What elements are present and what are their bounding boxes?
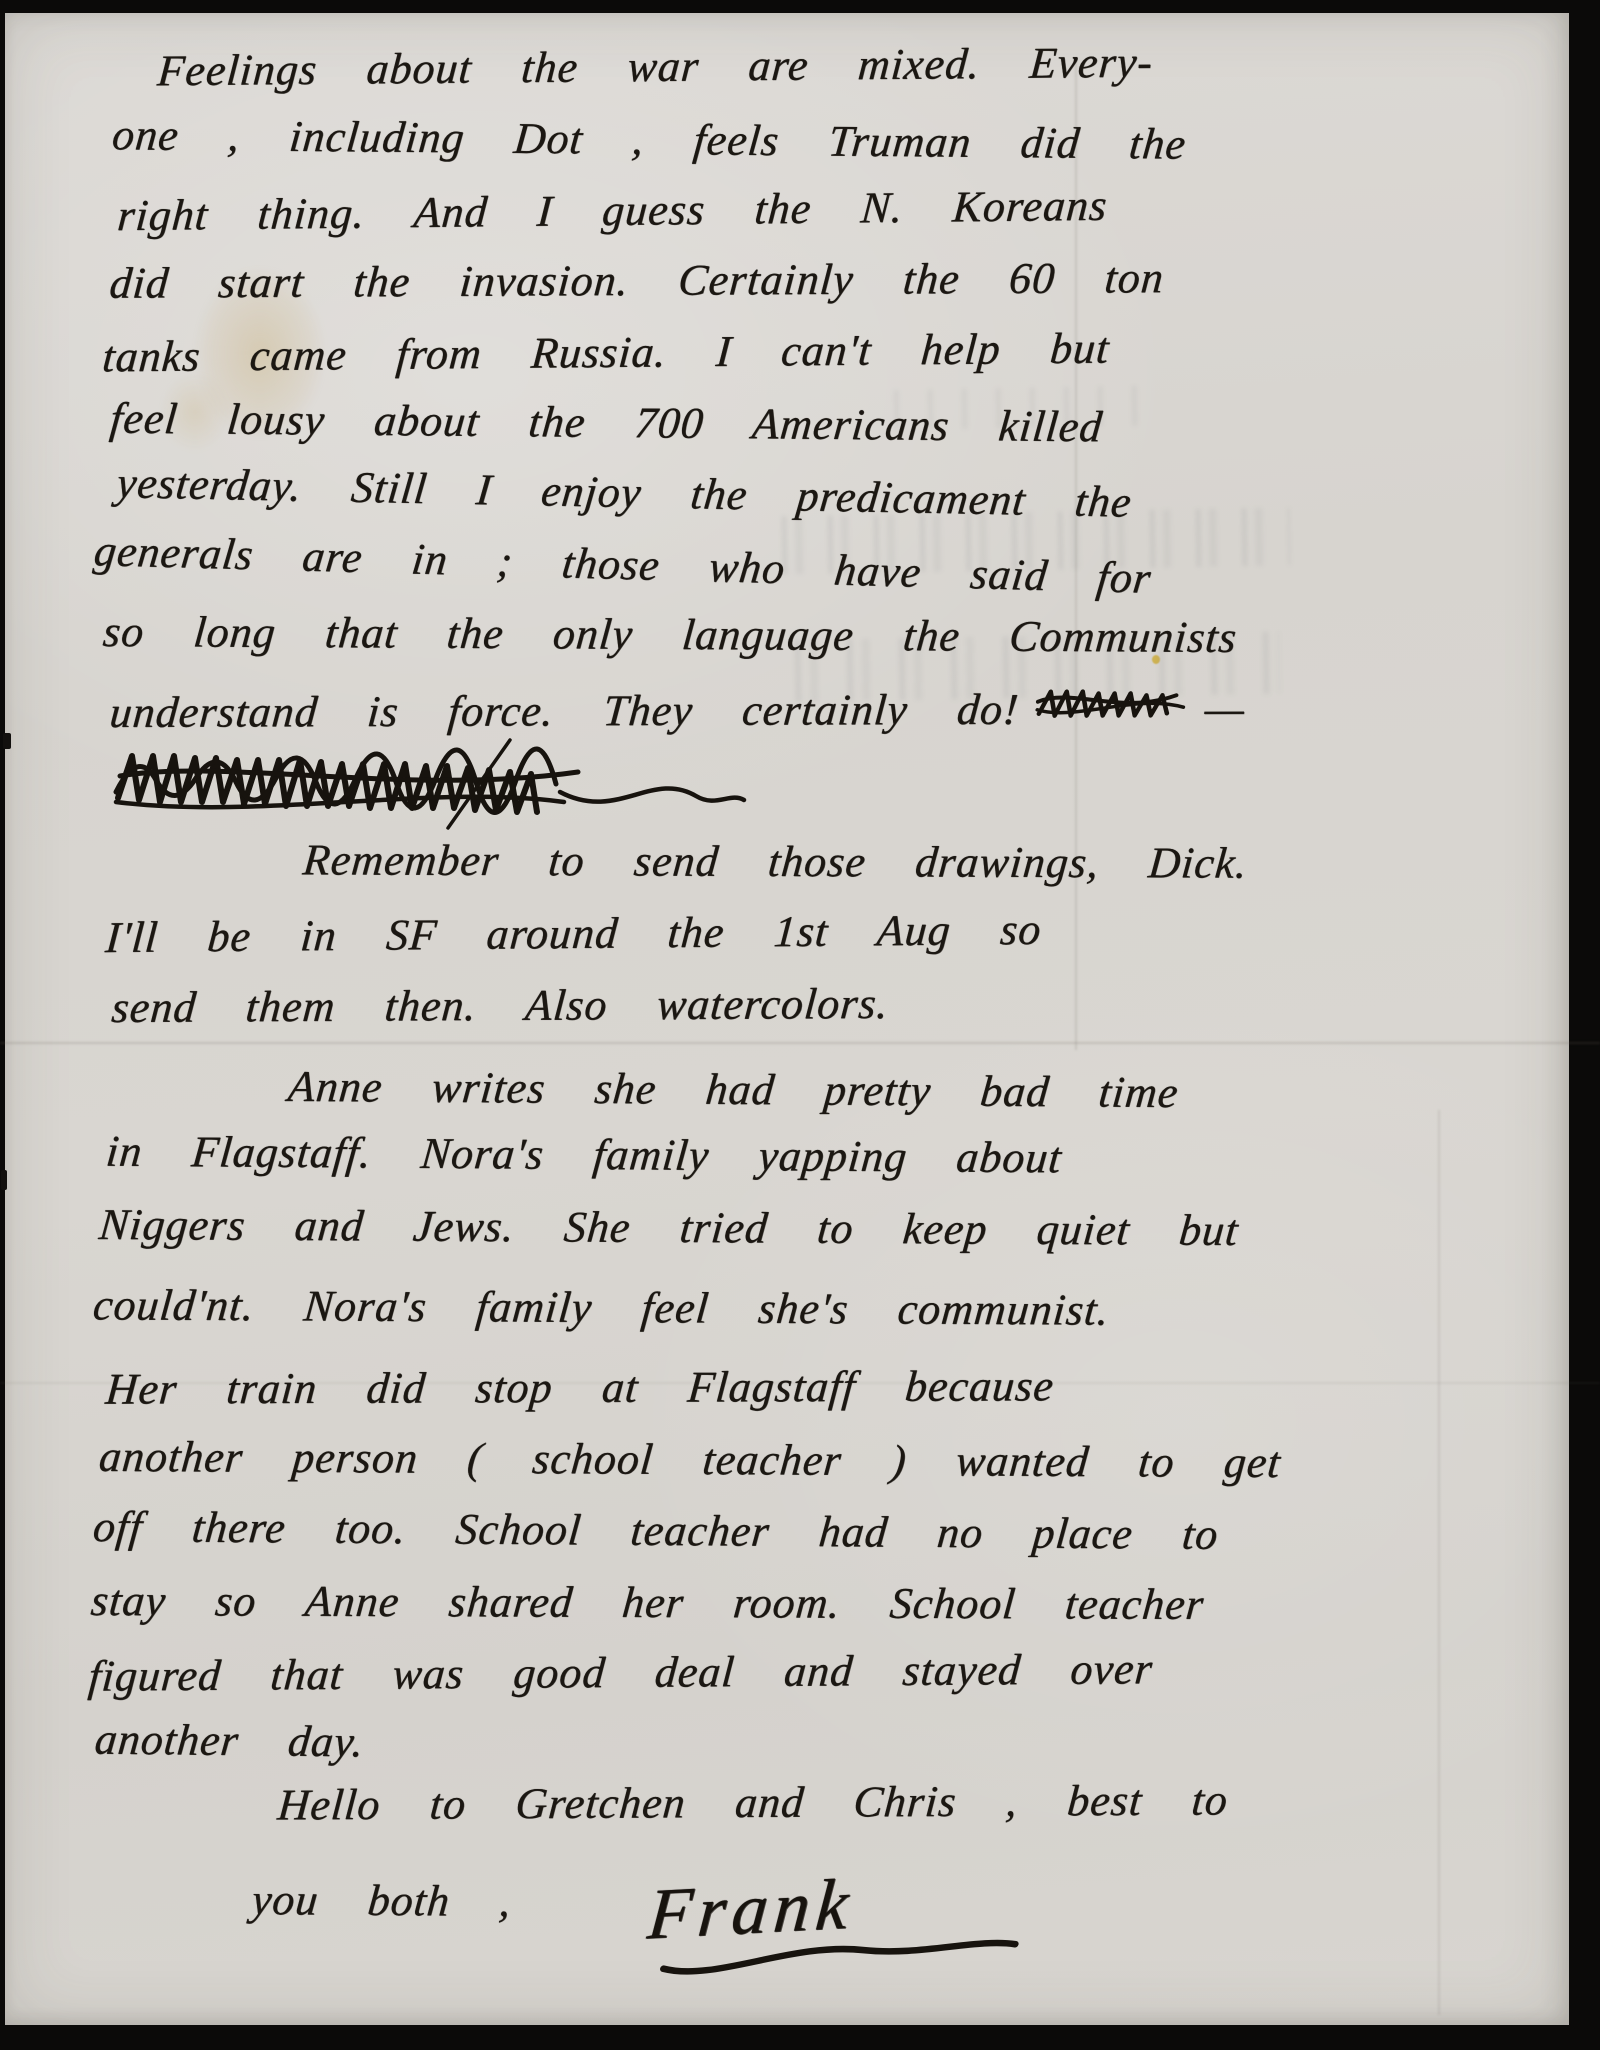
letter-line: right thing. And I guess the N. Koreans — [116, 184, 1109, 238]
letter-line: so long that the only language the Commu… — [101, 610, 1239, 660]
letter-line: off there too. School teacher had no pla… — [91, 1505, 1220, 1557]
letter-line-text: — — [1203, 684, 1247, 733]
letter-line: one , including Dot , feels Truman did t… — [110, 113, 1188, 166]
letter-line: in Flagstaff. Nora's family yapping abou… — [104, 1130, 1064, 1181]
letter-line: send them then. Also watercolors. — [110, 982, 891, 1030]
letter-line: Niggers and Jews. She tried to keep quie… — [97, 1203, 1240, 1253]
letter-line: another person ( school teacher ) wanted… — [97, 1435, 1283, 1485]
letter-line: stay so Anne shared her room. School tea… — [89, 1579, 1206, 1627]
crossed-out-word — [1032, 681, 1189, 740]
letter-line: Hello to Gretchen and Chris , best to — [276, 1779, 1230, 1828]
letter-line: tanks came from Russia. I can't help but — [101, 327, 1111, 380]
letter-line: Her train did stop at Flagstaff because — [104, 1364, 1056, 1411]
letter-line: you both , — [250, 1878, 514, 1924]
letter-line: Anne writes she had pretty bad time — [286, 1065, 1180, 1115]
letter-line-text: understand is force. They certainly do! — [108, 685, 1021, 737]
letter-line: figured that was good deal and stayed ov… — [87, 1647, 1155, 1698]
letter-line: feel lousy about the 700 Americans kille… — [108, 397, 1104, 450]
letter-line: another day. — [93, 1718, 366, 1765]
scribbled-out-line — [112, 736, 762, 837]
paper-edge-nick — [1, 1170, 7, 1190]
letter-line: understand is force. They certainly do! … — [107, 681, 1247, 743]
scanned-letter-frame: Feelings about the war are mixed. Every-… — [0, 0, 1600, 2050]
letter-line: Remember to send those drawings, Dick. — [301, 838, 1249, 885]
paper-edge-nick — [3, 733, 11, 749]
letter-line: could'nt. Nora's family feel she's commu… — [91, 1283, 1111, 1332]
letter-line: did start the invasion. Certainly the 60… — [108, 256, 1166, 306]
letter-line: Feelings about the war are mixed. Every- — [156, 41, 1155, 94]
letter-line: I'll be in SF around the 1st Aug so — [104, 908, 1043, 960]
signature-frank: Frank — [644, 1862, 857, 1956]
